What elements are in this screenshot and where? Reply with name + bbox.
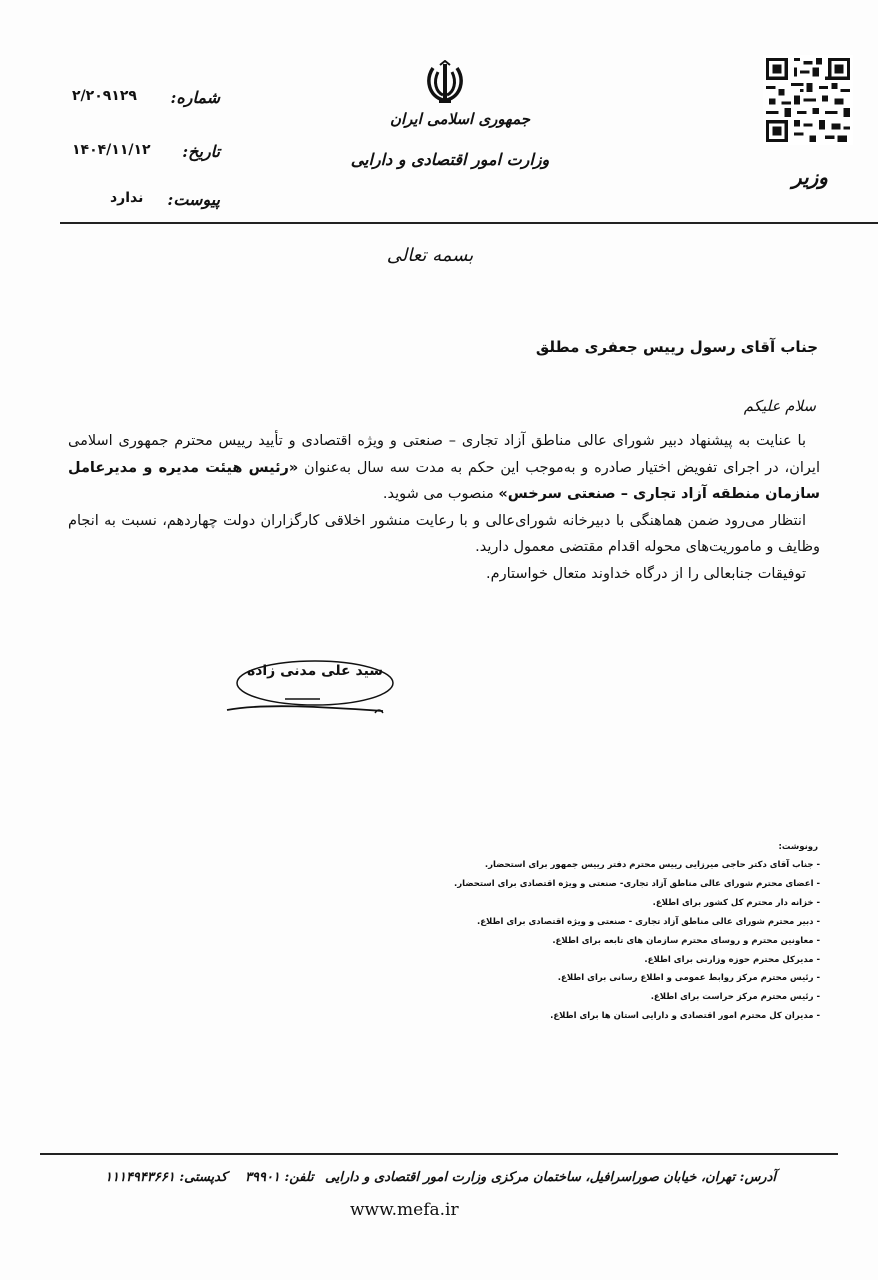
attachment-label: پیوست:: [167, 190, 220, 209]
office-title: وزیر: [770, 165, 850, 189]
cc-item: - اعضای محترم شورای عالی مناطق آزاد تجار…: [460, 875, 820, 894]
country-name: جمهوری اسلامی ایران: [380, 110, 540, 128]
opening-invocation: بسمه تعالی: [370, 245, 490, 266]
paragraph-appointment: با عنایت به پیشنهاد دبیر شورای عالی مناط…: [68, 428, 820, 508]
greeting: سلام علیکم: [744, 397, 816, 415]
addressee: جناب آقای رسول رییس جعفری مطلق: [536, 338, 818, 356]
footer-postal-code: کدپستی: ۱۱۱۴۹۴۳۶۶۱: [105, 1170, 227, 1185]
paragraph-expectation: انتظار می‌رود ضمن هماهنگی با دبیرخانه شو…: [68, 508, 820, 561]
qr-code-icon: [763, 55, 853, 145]
signatory-name: سید علی مدنی زاده: [245, 663, 385, 679]
date-value: ۱۴۰۴/۱۱/۱۲: [72, 142, 151, 158]
number-value: ۲/۲۰۹۱۲۹: [72, 88, 137, 104]
ministry-name: وزارت امور اقتصادی و دارایی: [340, 150, 560, 169]
cc-item: - رئیس محترم مرکز حراست برای اطلاع.: [460, 988, 820, 1007]
attachment-value: ندارد: [110, 190, 143, 206]
paragraph-closing: توفیقات جنابعالی را از درگاه خداوند متعا…: [68, 561, 820, 588]
letter-number: شماره: ۲/۲۰۹۱۲۹: [60, 88, 260, 118]
cc-item: - رئیس محترم مرکز روابط عمومی و اطلاع رس…: [460, 969, 820, 988]
number-label: شماره:: [170, 88, 220, 107]
cc-item: - مدیرکل محترم حوزه وزارتی برای اطلاع.: [460, 951, 820, 970]
cc-title: رونوشت:: [779, 842, 818, 852]
cc-item: - معاونین محترم و روسای محترم سازمان های…: [460, 932, 820, 951]
cc-item: - مدیران کل محترم امور اقتصادی و دارایی …: [460, 1007, 820, 1026]
footer-divider: [40, 1153, 838, 1155]
date-label: تاریخ:: [182, 142, 220, 161]
letter-body: با عنایت به پیشنهاد دبیر شورای عالی مناط…: [68, 428, 820, 587]
footer-website-link[interactable]: www.mefa.ir: [350, 1200, 459, 1220]
cc-item: - خزانه دار محترم کل کشور برای اطلاع.: [460, 894, 820, 913]
cc-list: - جناب آقای دکتر حاجی میرزایی رییس محترم…: [460, 856, 820, 1026]
cc-item: - دبیر محترم شورای عالی مناطق آزاد تجاری…: [460, 913, 820, 932]
cc-item: - جناب آقای دکتر حاجی میرزایی رییس محترم…: [460, 856, 820, 875]
paragraph1-ending: منصوب می شوید.: [383, 486, 498, 502]
letter-attachment: پیوست: ندارد: [60, 190, 260, 220]
header-divider: [60, 222, 878, 224]
letter-date: تاریخ: ۱۴۰۴/۱۱/۱۲: [60, 142, 260, 172]
footer-address: آدرس: تهران، خیابان صوراسرافیل، ساختمان …: [325, 1170, 776, 1185]
iran-emblem-icon: [425, 60, 465, 106]
footer-phone: تلفن: ۳۹۹۰۱: [245, 1170, 314, 1185]
